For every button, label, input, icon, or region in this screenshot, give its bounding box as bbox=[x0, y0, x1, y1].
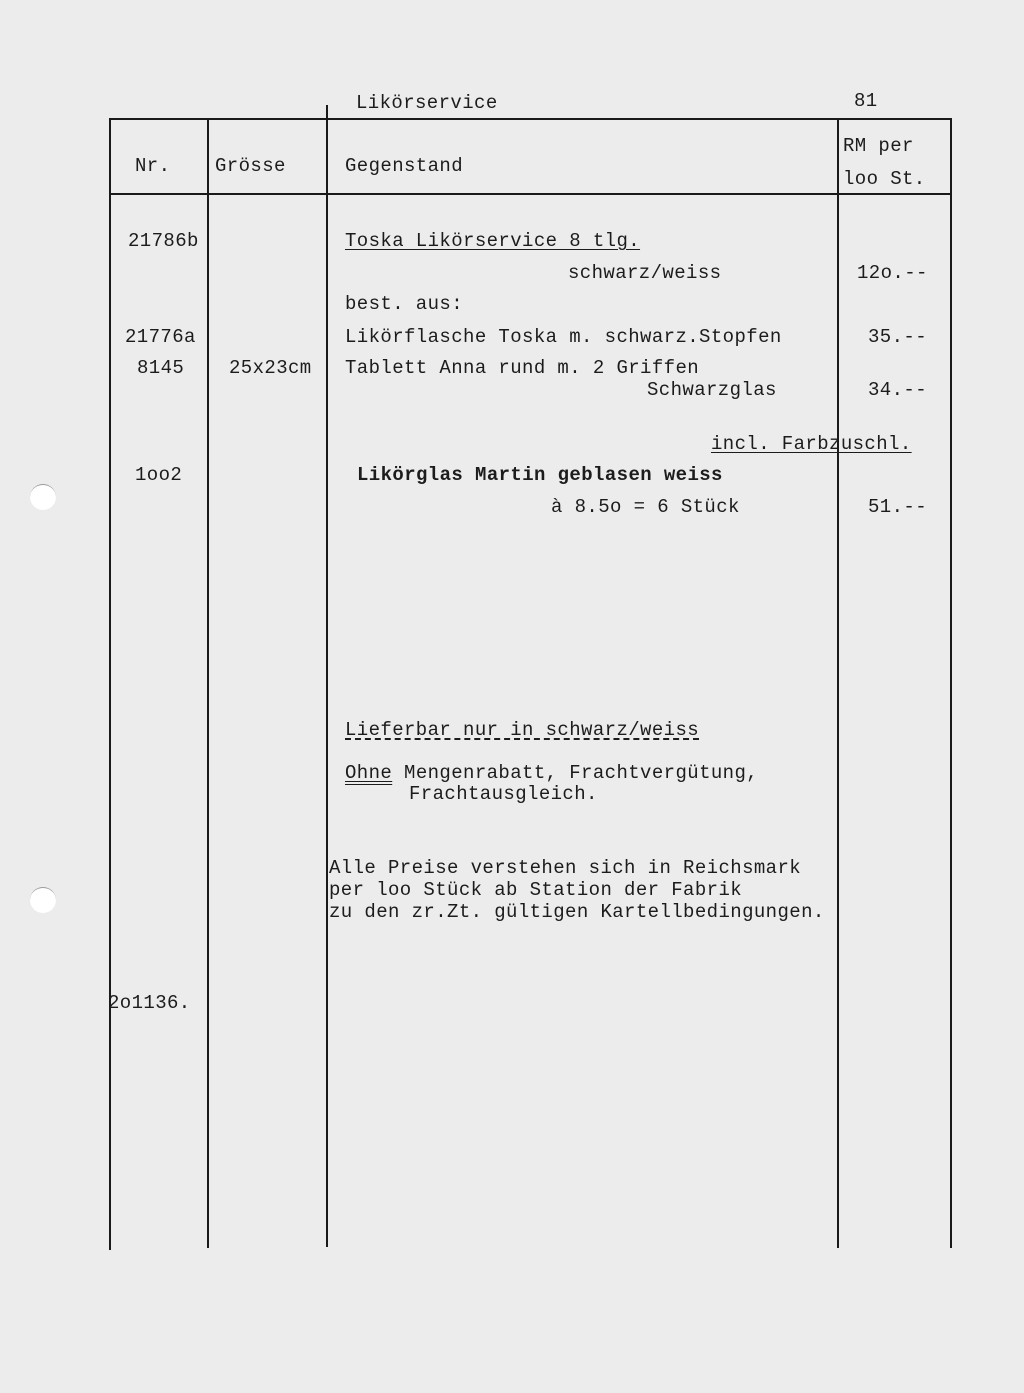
item-description: Tablett Anna rund m. 2 Griffen bbox=[345, 357, 699, 379]
column-header-nr: Nr. bbox=[135, 155, 170, 177]
column-divider-groesse bbox=[207, 118, 209, 1248]
terms-note-line2: Frachtausgleich. bbox=[409, 783, 598, 805]
availability-note: Lieferbar nur in schwarz/weiss bbox=[345, 719, 699, 741]
price-terms-line1: Alle Preise verstehen sich in Reichsmark bbox=[329, 857, 801, 879]
item-price: 12o.-- bbox=[857, 262, 928, 284]
price-terms-line3: zu den zr.Zt. gültigen Kartellbedingunge… bbox=[329, 901, 825, 923]
item-subline: schwarz/weiss bbox=[568, 262, 721, 284]
column-header-groesse: Grösse bbox=[215, 155, 286, 177]
item-subline: à 8.5o = 6 Stück bbox=[551, 496, 740, 518]
column-header-price-line1: RM per bbox=[843, 135, 914, 157]
item-subline: Schwarzglas bbox=[647, 379, 777, 401]
item-number: 8145 bbox=[137, 357, 184, 379]
item-price: 34.-- bbox=[868, 379, 927, 401]
page-title: Likörservice bbox=[356, 92, 498, 114]
table-left-border bbox=[109, 118, 111, 1250]
item-size: 25x23cm bbox=[229, 357, 312, 379]
item-description: Likörflasche Toska m. schwarz.Stopfen bbox=[345, 326, 782, 348]
item-note: incl. Farbzuschl. bbox=[711, 433, 912, 455]
item-description: Likörglas Martin geblasen weiss bbox=[357, 464, 723, 486]
item-price: 35.-- bbox=[868, 326, 927, 348]
price-terms-line2: per loo Stück ab Station der Fabrik bbox=[329, 879, 742, 901]
item-number: 21776a bbox=[125, 326, 196, 348]
column-divider-price bbox=[837, 118, 839, 1248]
terms-emphasis: Ohne bbox=[345, 762, 392, 784]
table-top-border bbox=[109, 118, 952, 120]
item-number: 1oo2 bbox=[135, 464, 182, 486]
punch-hole-bottom bbox=[30, 887, 56, 913]
page-number: 81 bbox=[854, 90, 878, 112]
item-description: best. aus: bbox=[345, 293, 463, 315]
column-header-price-line2: loo St. bbox=[843, 168, 926, 190]
punch-hole-top bbox=[30, 484, 56, 510]
item-number: 21786b bbox=[128, 230, 199, 252]
terms-note-line1: Ohne Mengenrabatt, Frachtvergütung, bbox=[345, 762, 758, 784]
table-right-border bbox=[950, 118, 952, 1248]
item-description: Toska Likörservice 8 tlg. bbox=[345, 230, 640, 252]
terms-text: Mengenrabatt, Frachtvergütung, bbox=[392, 762, 758, 784]
header-bottom-border bbox=[109, 193, 952, 195]
document-page: Likörservice 81 Nr. Grösse Gegenstand RM… bbox=[0, 0, 1024, 1393]
item-price: 51.-- bbox=[868, 496, 927, 518]
document-code: 2o1136. bbox=[108, 992, 191, 1014]
column-header-gegenstand: Gegenstand bbox=[345, 155, 463, 177]
column-divider-gegenstand bbox=[326, 105, 328, 1247]
